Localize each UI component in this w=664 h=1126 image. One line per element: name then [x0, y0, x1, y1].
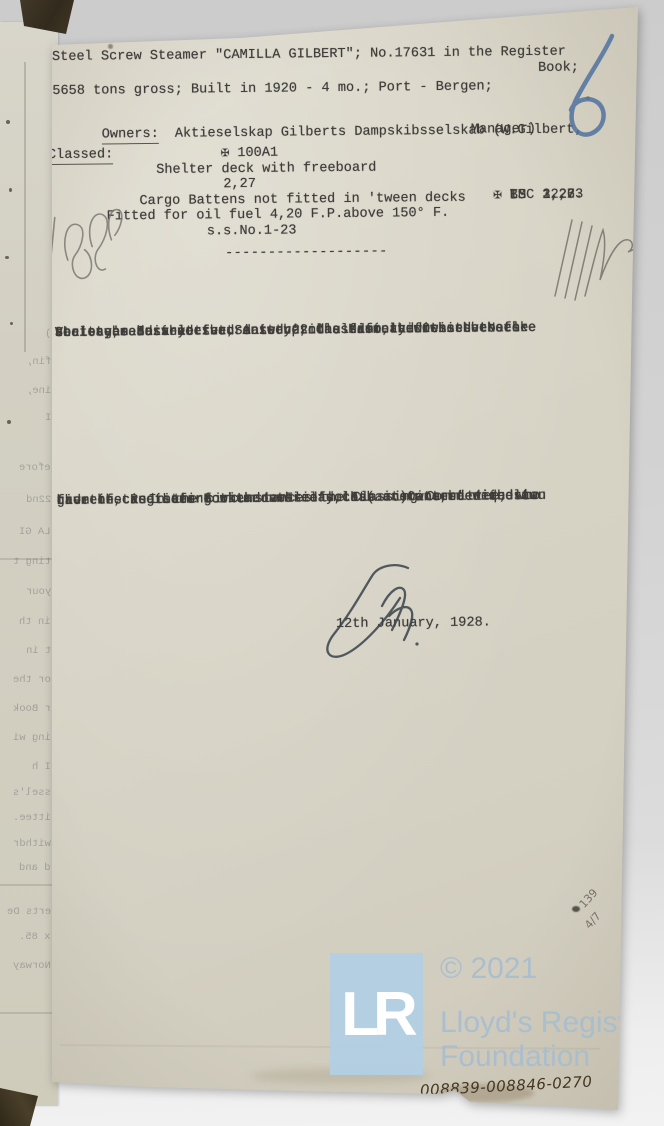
watermark-copyright: © 2021: [440, 952, 537, 986]
pencil-scribble-left: [29, 190, 134, 302]
page-shadow-wrapper: Steel Screw Steamer "CAMILLA GILBERT"; N…: [0, 0, 664, 1126]
watermark-org-name-line2: Foundation: [440, 1040, 590, 1074]
class-mark: ✠ 100A1: [221, 146, 278, 162]
header-line-2: 5658 tons gross; Built in 1920 - 4 mo.; …: [52, 79, 493, 99]
class-detail-2: 2,27: [223, 177, 256, 193]
watermark-org-name-line1: Lloyd's Register: [440, 1006, 653, 1040]
paragraph-line: no longer desired.: [55, 317, 202, 348]
lloyds-register-logo: LR: [330, 953, 423, 1075]
dashed-separator: -------------------: [225, 244, 388, 261]
owners-label: Owners:: [102, 126, 159, 144]
classed-label: Classed:: [48, 147, 113, 163]
paragraph-line: thereof, indicating withdrawal of class …: [56, 482, 538, 516]
class-detail-4: Fitted for oil fuel 4,20 F.P.above 150° …: [107, 206, 450, 225]
letter-paragraph-2: In the circumstances the Classing Commit…: [56, 439, 105, 486]
class-detail-5: s.s.No.1-23: [207, 223, 297, 240]
pencil-scribble-right: [545, 192, 645, 302]
header-line-1: Steel Screw Steamer "CAMILLA GILBERT"; N…: [52, 45, 566, 66]
owners-continuation: Manager): [471, 122, 536, 138]
machinery-class-records: ✠ LMC 12,23 BS 2,27 TS 3,26.: [493, 141, 542, 188]
blue-handwritten-number-6: [562, 30, 620, 145]
document-page: Steel Screw Steamer "CAMILLA GILBERT"; N…: [0, 0, 664, 1126]
ink-signature: [312, 560, 452, 665]
lloyds-register-logo-letters: LR: [341, 979, 412, 1050]
scanned-document-photo: { "document": { "header": { "line1": "St…: [0, 0, 664, 1126]
class-detail-1: Shelter deck with freeboard: [156, 161, 376, 179]
